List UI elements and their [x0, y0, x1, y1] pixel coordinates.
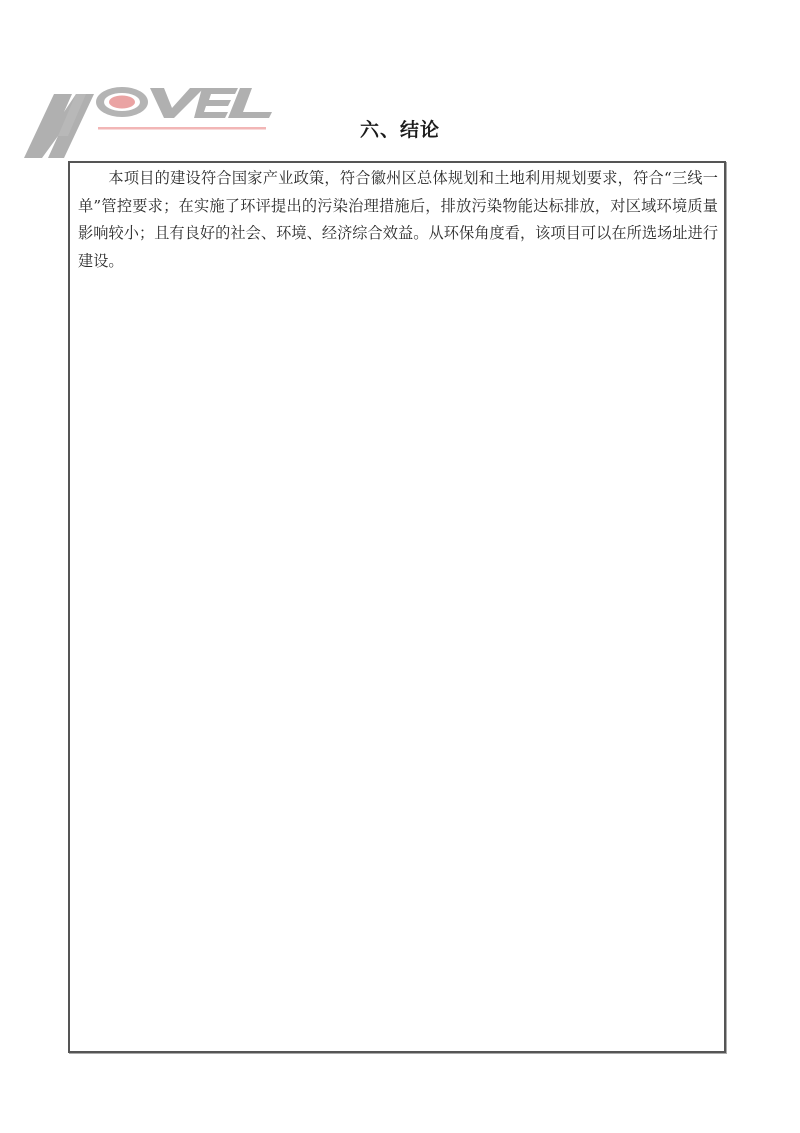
section-title: 六、结论: [0, 115, 800, 142]
conclusion-paragraph: 本项目的建设符合国家产业政策，符合徽州区总体规划和土地利用规划要求，符合“三线一…: [78, 165, 718, 275]
conclusion-box: 本项目的建设符合国家产业政策，符合徽州区总体规划和土地利用规划要求，符合“三线一…: [68, 161, 726, 1053]
